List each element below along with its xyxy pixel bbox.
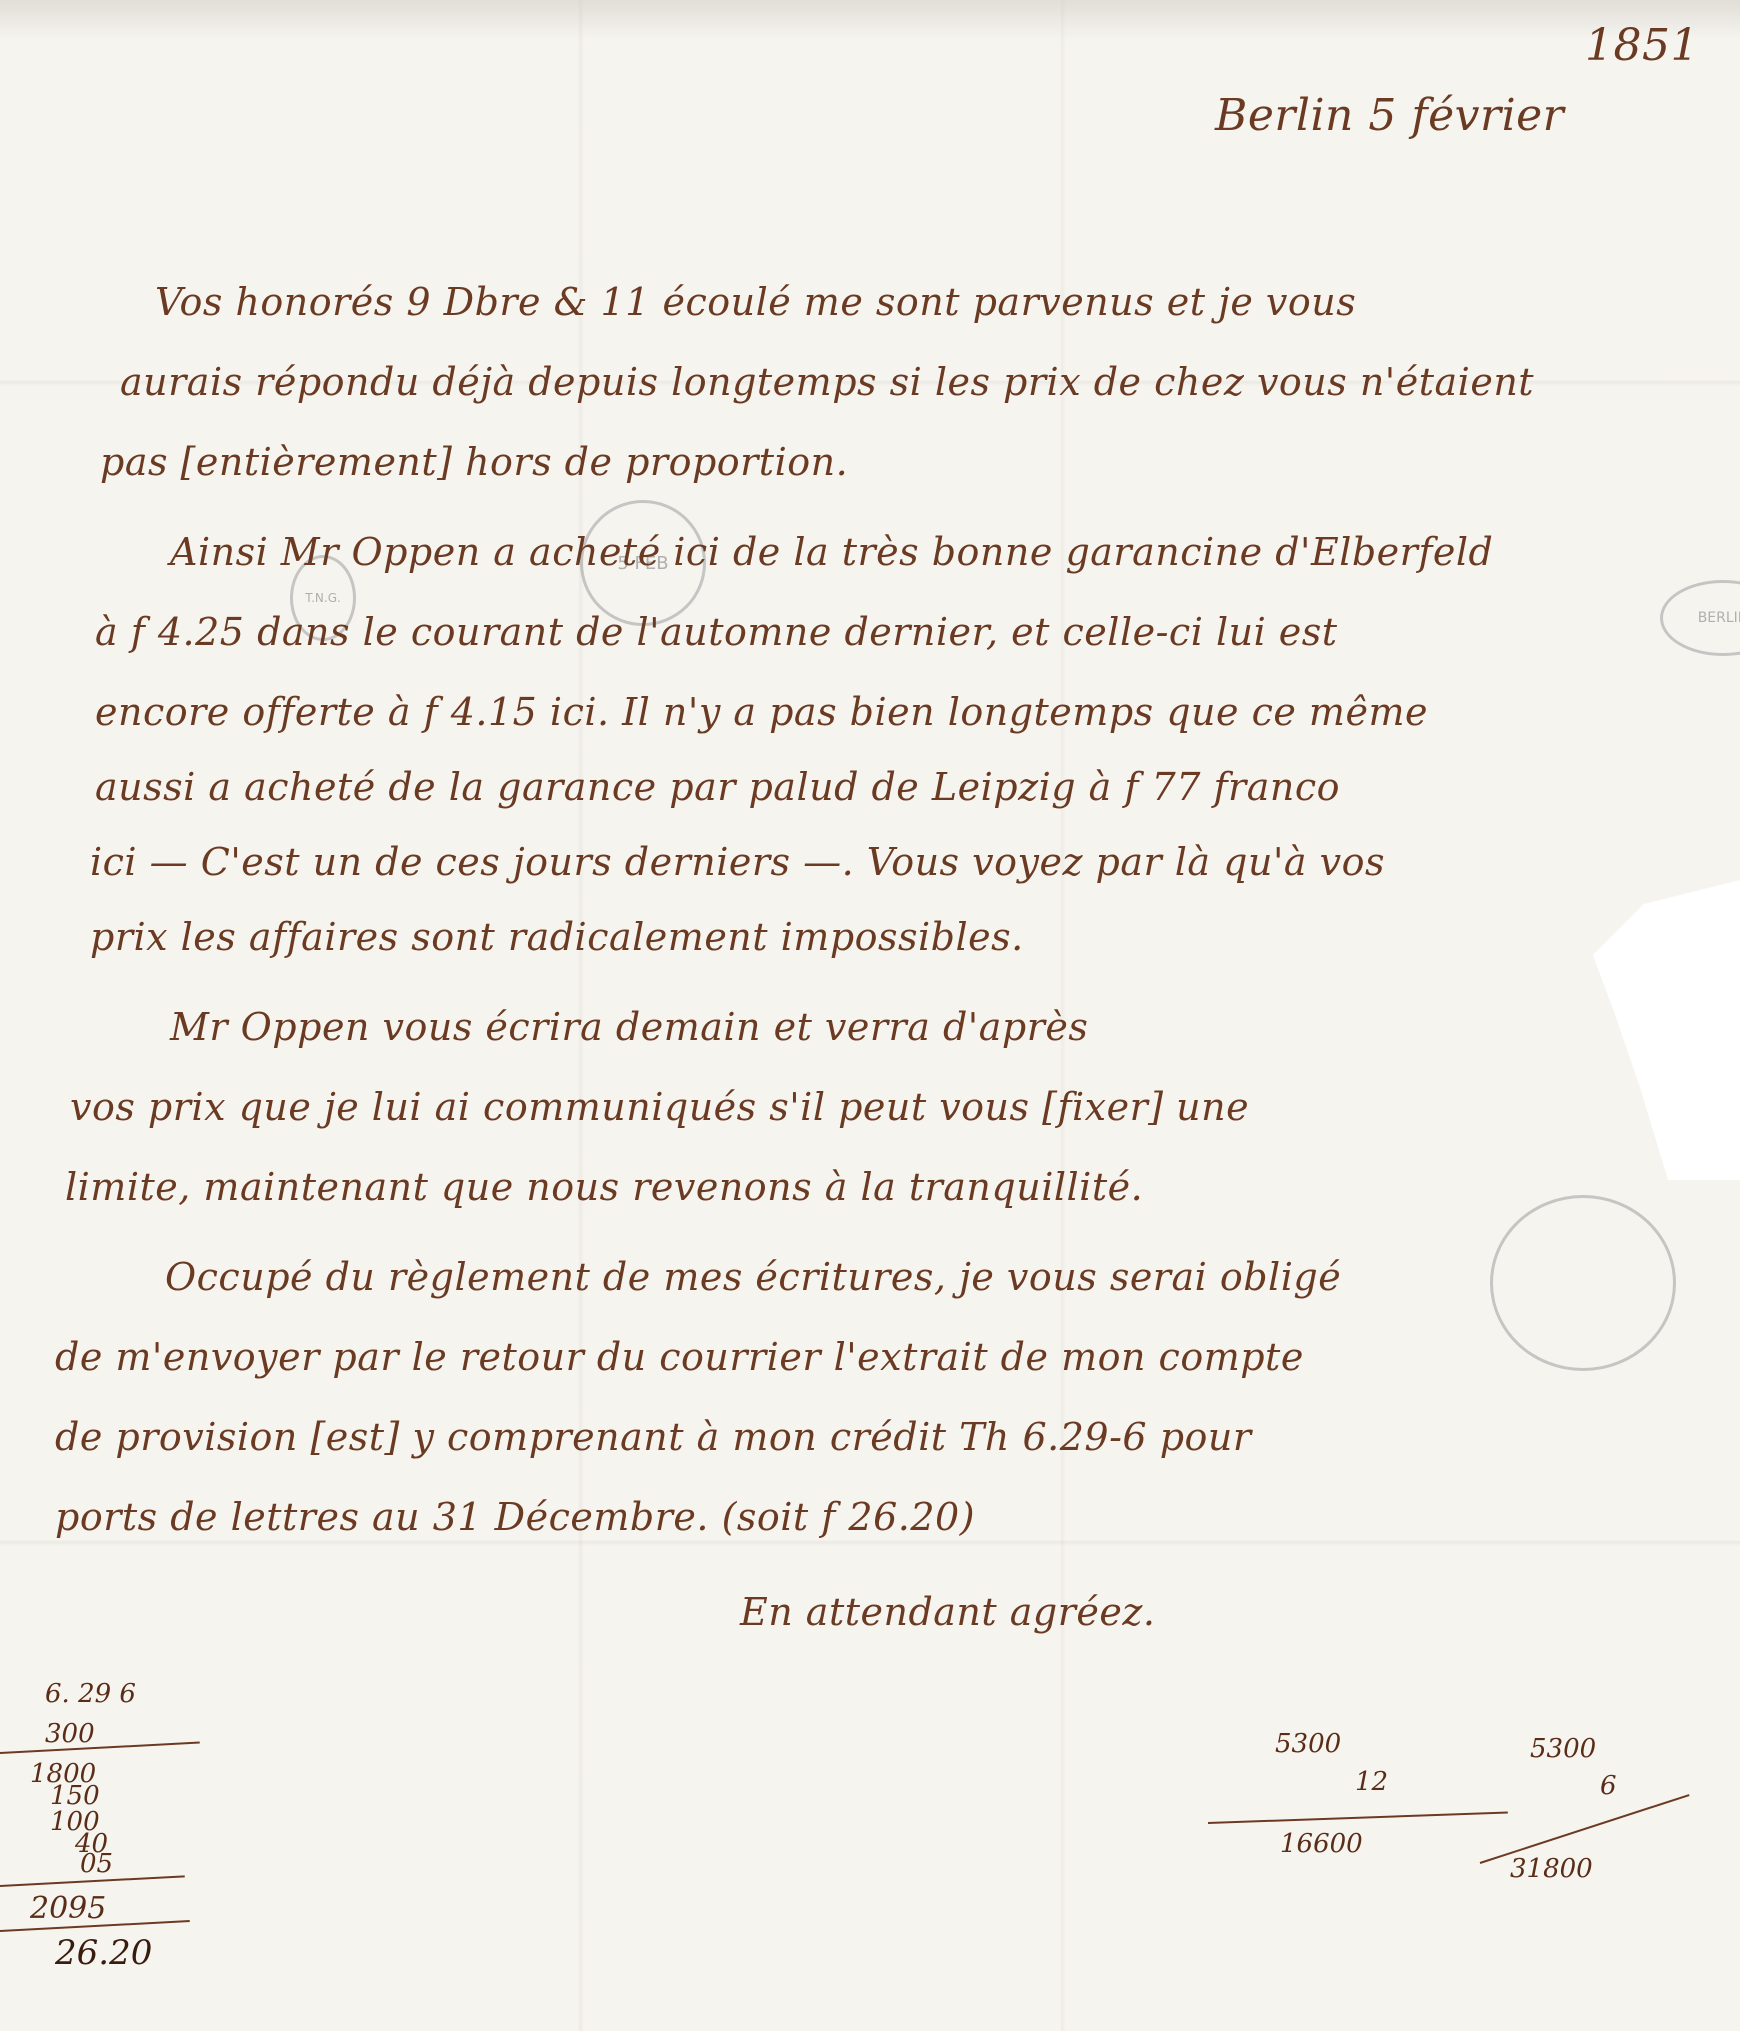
body-line-15: de provision [est] y comprenant à mon cr… — [55, 1415, 1252, 1459]
right-calc-a-1: 5300 — [1275, 1730, 1341, 1758]
right-calc-b-1: 5300 — [1530, 1735, 1596, 1763]
body-line-16: ports de lettres au 31 Décembre. (soit f… — [55, 1495, 975, 1539]
right-calc-a-3: 16600 — [1280, 1830, 1363, 1858]
lower-postmark-stamp — [1490, 1195, 1676, 1371]
letter-place-date: Berlin 5 février — [1215, 90, 1564, 141]
letter-year: 1851 — [1585, 20, 1699, 71]
body-line-8: ici — C'est un de ces jours derniers —. … — [90, 840, 1385, 884]
body-line-9: prix les affaires sont radicalement impo… — [90, 915, 1024, 959]
body-line-12: limite, maintenant que nous revenons à l… — [65, 1165, 1143, 1209]
body-line-14: de m'envoyer par le retour du courrier l… — [55, 1335, 1304, 1379]
body-line-7: aussi a acheté de la garance par palud d… — [95, 765, 1340, 809]
right-calc-a-2: 12 — [1355, 1768, 1388, 1796]
left-calc-rule-1 — [0, 1742, 200, 1754]
right-calc-b-3: 31800 — [1510, 1855, 1593, 1883]
left-calc-line-7: 05 — [80, 1850, 113, 1878]
left-calc-line-2: 300 — [45, 1720, 95, 1748]
body-line-5: à f 4.25 dans le courant de l'automne de… — [95, 610, 1338, 654]
right-calc-a-rule — [1208, 1812, 1508, 1824]
left-calc-line-4: 150 — [50, 1782, 100, 1810]
small-oval-stamp-text: T.N.G. — [305, 591, 341, 605]
body-line-2: aurais répondu déjà depuis longtemps si … — [120, 360, 1534, 404]
body-line-6: encore offerte à f 4.15 ici. Il n'y a pa… — [95, 690, 1428, 734]
body-line-3: pas [entièrement] hors de proportion. — [100, 440, 848, 484]
top-edge-shadow — [0, 0, 1740, 40]
body-line-13: Occupé du règlement de mes écritures, je… — [165, 1255, 1341, 1299]
body-line-11: vos prix que je lui ai communiqués s'il … — [70, 1085, 1249, 1129]
right-oval-stamp: BERLIN — [1660, 580, 1740, 656]
left-calc-total: 26.20 — [55, 1935, 152, 1971]
closing-line: En attendant agréez. — [740, 1590, 1155, 1634]
letter-page: 1851 Berlin 5 février 5 FEB T.N.G. BERLI… — [0, 0, 1740, 2031]
body-line-4: Ainsi Mr Oppen a acheté ici de la très b… — [170, 530, 1493, 574]
right-calc-b-2: 6 — [1600, 1772, 1617, 1800]
left-calc-line-8: 2095 — [30, 1895, 106, 1923]
body-line-1: Vos honorés 9 Dbre & 11 écoulé me sont p… — [155, 280, 1356, 324]
right-oval-stamp-text: BERLIN — [1698, 610, 1740, 626]
torn-corner — [1580, 880, 1740, 1180]
body-line-10: Mr Oppen vous écrira demain et verra d'a… — [170, 1005, 1088, 1049]
left-calc-line-1: 6. 29 6 — [45, 1680, 136, 1708]
